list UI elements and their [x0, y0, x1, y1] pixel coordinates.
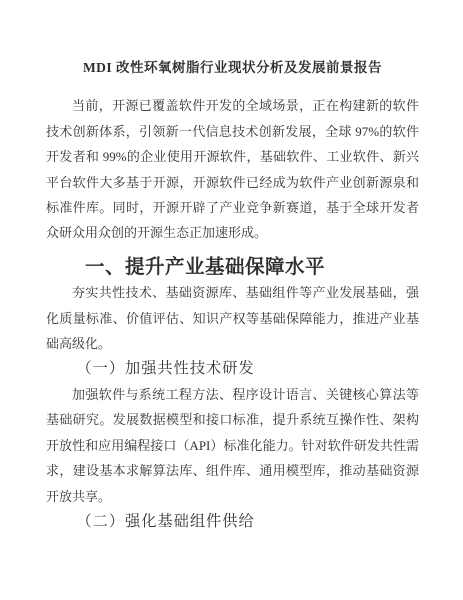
section-1-paragraph: 夯实共性技术、基础资源库、基础组件等产业发展基础，强化质量标准、价值评估、知识产…	[46, 280, 419, 356]
subsection-1-paragraph: 加强软件与系统工程方法、程序设计语言、关键核心算法等基础研究。发展数据模型和接口…	[46, 382, 419, 509]
section-1-heading: 一、提升产业基础保障水平	[46, 255, 419, 280]
document-title: MDI 改性环氧树脂行业现状分析及发展前景报告	[46, 55, 419, 80]
subsection-1-heading: （一）加强共性技术研发	[46, 356, 419, 381]
intro-paragraph: 当前，开源已覆盖软件开发的全域场景，正在构建新的软件技术创新体系，引领新一代信息…	[46, 93, 419, 245]
document-page: MDI 改性环氧树脂行业现状分析及发展前景报告 当前，开源已覆盖软件开发的全域场…	[0, 0, 463, 600]
subsection-2-heading: （二）强化基础组件供给	[46, 509, 419, 534]
